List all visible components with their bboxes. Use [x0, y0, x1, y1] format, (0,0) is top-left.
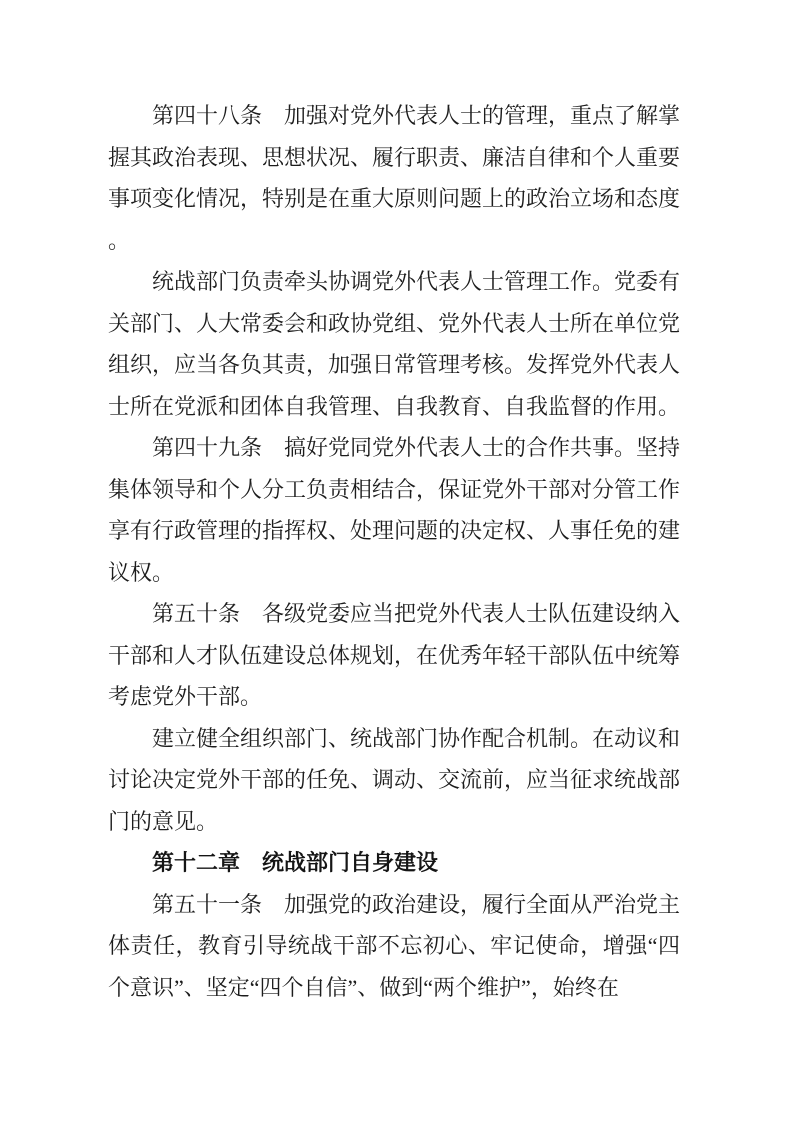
- paragraph-article-51: 第五十一条 加强党的政治建设，履行全面从严治党主体责任，教育引导统战干部不忘初心…: [108, 884, 680, 1009]
- paragraph-article-50: 第五十条 各级党委应当把党外代表人士队伍建设纳入干部和人才队伍建设总体规划，在优…: [108, 593, 680, 718]
- paragraph-article-48-coordination: 统战部门负责牵头协调党外代表人士管理工作。党委有关部门、人大常委会和政协党组、党…: [108, 261, 680, 427]
- chapter-12-heading: 第十二章 统战部门自身建设: [108, 842, 680, 884]
- paragraph-article-48: 第四十八条 加强对党外代表人士的管理，重点了解掌握其政治表现、思想状况、履行职责…: [108, 95, 680, 261]
- paragraph-article-49: 第四十九条 搞好党同党外代表人士的合作共事。坚持集体领导和个人分工负责相结合，保…: [108, 427, 680, 593]
- document-page: 第四十八条 加强对党外代表人士的管理，重点了解掌握其政治表现、思想状况、履行职责…: [0, 0, 793, 1122]
- paragraph-article-50-mechanism: 建立健全组织部门、统战部门协作配合机制。在动议和讨论决定党外干部的任免、调动、交…: [108, 718, 680, 843]
- document-body-text: 第四十八条 加强对党外代表人士的管理，重点了解掌握其政治表现、思想状况、履行职责…: [108, 95, 680, 1008]
